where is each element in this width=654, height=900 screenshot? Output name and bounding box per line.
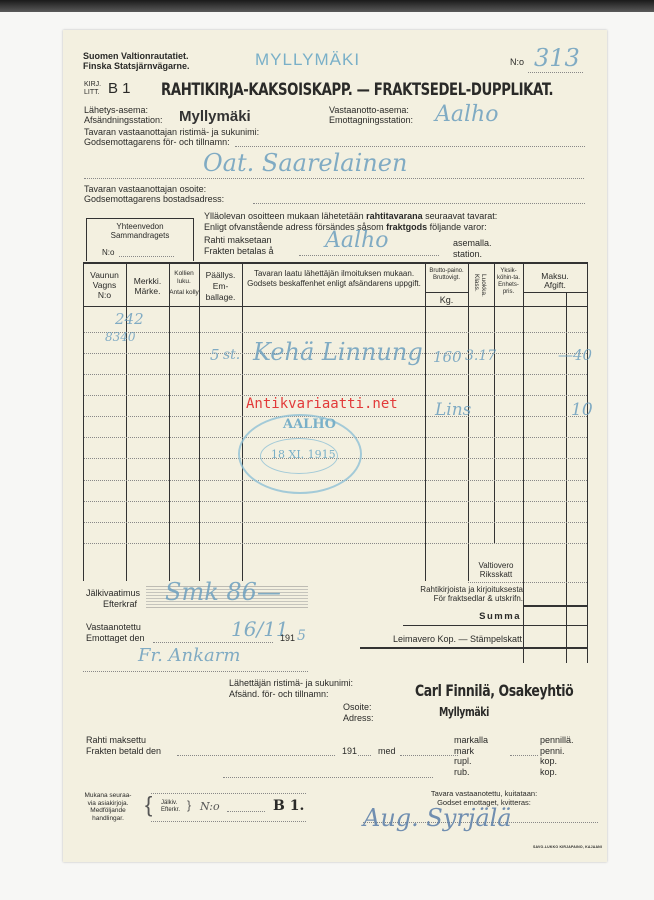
- recv-station-label-fi: Vastaanotto-asema:: [329, 105, 409, 115]
- col-divider: [468, 263, 469, 581]
- col-wagon-fi: Vaunun: [83, 270, 126, 280]
- col-description-sv: Godsets beskaffenhet enligt afsändarens …: [245, 279, 423, 289]
- attachments-cod-fi: Jälkiv.: [161, 800, 180, 807]
- currency-minor: kop.: [540, 767, 574, 778]
- recv-station-label-sv: Emottagningsstation:: [329, 115, 413, 125]
- sender-address-value: Myllymäki: [439, 705, 489, 719]
- row-line: [84, 543, 587, 544]
- col-packing-fi: Päällys.: [199, 270, 242, 281]
- col-header-weight: Brutto-paino. Bruttovigt.: [425, 268, 468, 282]
- receipt-stamp-station: AALHO: [283, 417, 336, 432]
- received-date-line: [153, 642, 273, 643]
- row-2-wagon: 8340: [105, 330, 136, 344]
- attachments-cod-label: Jälkiv. Efterkr.: [161, 800, 180, 814]
- freight-paid-penni-line: [510, 755, 538, 756]
- recipient-name-value: Oat. Saarelainen: [203, 149, 407, 177]
- recipient-name-label-fi: Tavaran vastaanottajan ristimä- ja sukun…: [84, 127, 259, 137]
- cod-label-sv: Efterkraf: [103, 599, 137, 609]
- recv-station-value: Aalho: [435, 102, 498, 127]
- row-3-unit-price: 3.17: [465, 348, 496, 364]
- received-year-prefix: 191: [280, 633, 295, 643]
- attachments-label-line: via asiakirjoja.: [77, 800, 139, 808]
- col-unit-price-fi: Yksik-köhin-ta.: [494, 268, 523, 282]
- tax-line: [468, 582, 587, 583]
- col-header-mark: Merkki. Märke.: [126, 276, 169, 296]
- row-3-count: 5: [210, 346, 220, 364]
- col-divider: [523, 263, 524, 663]
- col-divider: [587, 263, 588, 663]
- pay-at-suffix-fi: asemalla.: [453, 238, 492, 248]
- recipient-name-line-2: [84, 178, 584, 179]
- col-fee-sv: Afgift.: [523, 281, 587, 290]
- summary-number-line: [119, 256, 174, 257]
- col-mark-fi: Merkki.: [126, 276, 169, 286]
- attachments-label: Mukana seuraa- via asiakirjoja. Medfölja…: [77, 792, 139, 822]
- received-signature: Fr. Ankarm: [138, 645, 240, 666]
- received-label-fi: Vastaanotettu: [86, 622, 141, 632]
- tax-label: Valtiovero Riksskatt: [468, 561, 524, 579]
- col-description-fi: Tavaran laatu lähettäjän ilmoituksen muk…: [245, 269, 423, 279]
- instr-fi-c: seuraavat tavarat:: [423, 211, 498, 221]
- summary-title-fi: Yhteenvedon: [86, 223, 194, 231]
- signature-line: [83, 671, 308, 672]
- attachments-number-label: N:o: [200, 800, 220, 813]
- row-line: [84, 332, 587, 333]
- col-header-fee: Maksu. Afgift.: [523, 272, 587, 290]
- receipt-signature: Aug. Syrjälä: [363, 804, 512, 832]
- attachments-bottom-line: [151, 821, 306, 822]
- pay-at-value: Aalho: [325, 228, 388, 253]
- receipt-stamp-date: 18 XI. 1915: [271, 448, 336, 461]
- recipient-name-label-sv: Godsemottagarens för- och tillnamn:: [84, 137, 230, 147]
- freight-paid-year-line: [358, 755, 371, 756]
- attachments-label-line: Mukana seuraa-: [77, 792, 139, 800]
- received-label-sv: Emottaget den: [86, 633, 145, 643]
- col-divider: [242, 263, 243, 581]
- col-divider: [425, 263, 426, 581]
- sender-name-label-fi: Lähettäjän ristimä- ja sukunimi:: [229, 678, 353, 688]
- freight-paid-date-line: [177, 755, 335, 756]
- col-header-description: Tavaran laatu lähettäjän ilmoituksen muk…: [245, 269, 423, 288]
- attachments-series: B 1.: [273, 798, 304, 814]
- sender-address-label-fi: Osoite:: [343, 702, 372, 712]
- instr-fi-b: rahtitavarana: [366, 211, 423, 221]
- col-wagon-no: N:o: [83, 290, 126, 300]
- col-header-wagon: Vaunun Vagns N:o: [83, 270, 126, 300]
- freight-paid-year-prefix: 191: [342, 746, 357, 756]
- table-header-bottom-border: [83, 306, 588, 307]
- currency-major: markalla: [454, 735, 488, 746]
- row-3-weight: 160: [433, 348, 462, 366]
- docs-label-fi: Rahtikirjoista ja kirjoituksesta: [373, 585, 523, 594]
- col-header-packing: Päällys. Em-ballage.: [199, 270, 242, 303]
- number-value: 313: [534, 44, 580, 72]
- row-1-wagon: 242: [115, 310, 144, 328]
- docs-label: Rahtikirjoista ja kirjoituksesta För fra…: [373, 585, 523, 603]
- row-line: [84, 374, 587, 375]
- send-station-label-sv: Afsändningsstation:: [84, 115, 163, 125]
- send-station-label-fi: Lähetys-asema:: [84, 105, 148, 115]
- kg-divider: [425, 292, 468, 293]
- sum-top-border: [523, 605, 587, 607]
- summary-title-sv: Sammandragets: [86, 232, 194, 240]
- col-wagon-sv: Vagns: [83, 280, 126, 290]
- pay-at-label-fi: Rahti maksetaan: [204, 235, 272, 245]
- currency-minor-list: pennillä. penni. kop. kop.: [540, 735, 574, 777]
- col-class-sv: Klass.: [473, 274, 480, 292]
- kirj-label: KIRJ.: [84, 81, 101, 89]
- col-count-fi: Kollien luku.: [169, 270, 199, 286]
- number-line: [528, 72, 583, 73]
- col-header-count: Kollien luku. Antal kolly: [169, 270, 199, 297]
- col-weight-sv: Bruttovigt.: [425, 275, 468, 282]
- row-3-packing: st.: [223, 347, 240, 363]
- cod-label-fi: Jälkivaatimus: [86, 588, 140, 598]
- attachments-label-line: handlingar.: [77, 815, 139, 823]
- row-5-weight: Lins: [435, 400, 471, 420]
- receipt-label-fi: Tavara vastaanotettu, kuitataan:: [399, 789, 569, 798]
- currency-major: rupl.: [454, 756, 488, 767]
- attachments-number-line: [227, 811, 265, 812]
- freight-paid-mark-line: [400, 755, 458, 756]
- watermark: Antikvariaatti.net: [246, 396, 398, 412]
- col-mark-sv: Märke.: [126, 286, 169, 296]
- currency-minor: kop.: [540, 756, 574, 767]
- scanner-top-edge: [0, 0, 654, 12]
- row-line: [84, 522, 587, 523]
- maksu-divider: [523, 292, 587, 293]
- sender-name-label-sv: Afsänd. för- och tillnamn:: [229, 689, 329, 699]
- freight-paid-label-fi: Rahti maksettu: [86, 735, 146, 745]
- summary-number-label: N:o: [102, 249, 114, 257]
- row-3-fee: —40: [558, 346, 592, 364]
- cod-value: Smk 86—: [165, 578, 281, 606]
- instr-fi-a: Ylläolevan osoitteen mukaan lähetetään: [204, 211, 366, 221]
- freight-paid-extra-line: [223, 777, 433, 778]
- recipient-address-label-sv: Godsemottagarens bostadsadress:: [84, 194, 224, 204]
- document-title: RAHTIKIRJA-KAKSOISKAPP. — FRAKTSEDEL-DUP…: [161, 80, 598, 100]
- tax-label-fi: Valtiovero: [468, 561, 524, 570]
- col-count-sv: Antal kolly: [169, 289, 199, 297]
- currency-major: rub.: [454, 767, 488, 778]
- col-class-fi: Luokka.: [480, 274, 487, 297]
- sender-address-label-sv: Adress:: [343, 713, 374, 723]
- col-divider: [83, 263, 84, 581]
- printer-credit: SAVO-LUKKO KIRJAPAINO, KAJAANI: [533, 845, 602, 849]
- attachments-top-line: [151, 793, 306, 794]
- received-year-value: 5: [297, 628, 306, 644]
- pay-at-label-sv: Frakten betalas å: [204, 246, 274, 256]
- pay-at-suffix-sv: station.: [453, 249, 482, 259]
- series: B 1: [108, 80, 131, 97]
- sum-label: Summa: [463, 611, 521, 622]
- sum-bottom-border: [403, 625, 587, 626]
- instr-sv-c: följande varor:: [427, 222, 487, 232]
- currency-major: mark: [454, 746, 488, 757]
- number-label: N:o: [510, 57, 524, 67]
- station-stamp: MYLLYMÄKI: [255, 50, 360, 70]
- issuer-fi: Suomen Valtionrautatiet.: [83, 51, 189, 61]
- attachments-cod-sv: Efterkr.: [161, 807, 180, 814]
- attachments-brace-close: }: [187, 798, 191, 812]
- col-header-class: Luokka.Klass.: [473, 274, 487, 297]
- currency-minor: pennillä.: [540, 735, 574, 746]
- issuer-sv: Finska Statsjärnvägarne.: [83, 61, 190, 71]
- docs-label-sv: För fraktsedlar & utskrifn.: [373, 594, 523, 603]
- currency-major-list: markalla mark rupl. rub.: [454, 735, 488, 777]
- table-top-border: [83, 262, 588, 264]
- recipient-name-line-1: [235, 146, 585, 147]
- pay-at-line: [299, 255, 439, 256]
- col-packing-sv: Em-ballage.: [199, 281, 242, 303]
- instr-sv-b: fraktgods: [386, 222, 427, 232]
- recipient-address-line: [253, 203, 585, 204]
- freight-paid-label-sv: Frakten betald den: [86, 746, 161, 756]
- col-weight-fi: Brutto-paino.: [425, 268, 468, 275]
- recipient-address-label-fi: Tavaran vastaanottajan osoite:: [84, 184, 206, 194]
- attachments-label-line: Medföljande: [77, 807, 139, 815]
- sender-name-value: Carl Finnilä, Osakeyhtiö: [415, 681, 573, 700]
- col-weight-unit: Kg.: [425, 295, 468, 305]
- col-divider: [169, 263, 170, 581]
- stamp-tax-border: [360, 647, 588, 649]
- currency-minor: penni.: [540, 746, 574, 757]
- litt-label: LITT.: [84, 89, 100, 97]
- row-3-description: Kehä Linnung: [253, 338, 423, 366]
- tax-label-sv: Riksskatt: [468, 570, 524, 579]
- instruction-line-fi: Ylläolevan osoitteen mukaan lähetetään r…: [204, 211, 497, 221]
- col-header-unit-price: Yksik-köhin-ta. Enhets-pris.: [494, 268, 523, 296]
- col-unit-price-sv: Enhets-pris.: [494, 282, 523, 296]
- attachments-brace: {: [145, 794, 152, 816]
- freight-paid-med: med: [378, 746, 396, 756]
- stamp-tax-label: Leimavero Kop. — Stämpelskatt: [393, 634, 522, 644]
- send-station-value: Myllymäki: [179, 108, 251, 125]
- row-5-fee: 10: [571, 400, 593, 420]
- freight-document: Suomen Valtionrautatiet. Finska Statsjär…: [63, 30, 607, 862]
- col-divider: [199, 263, 200, 581]
- row-line: [84, 501, 587, 502]
